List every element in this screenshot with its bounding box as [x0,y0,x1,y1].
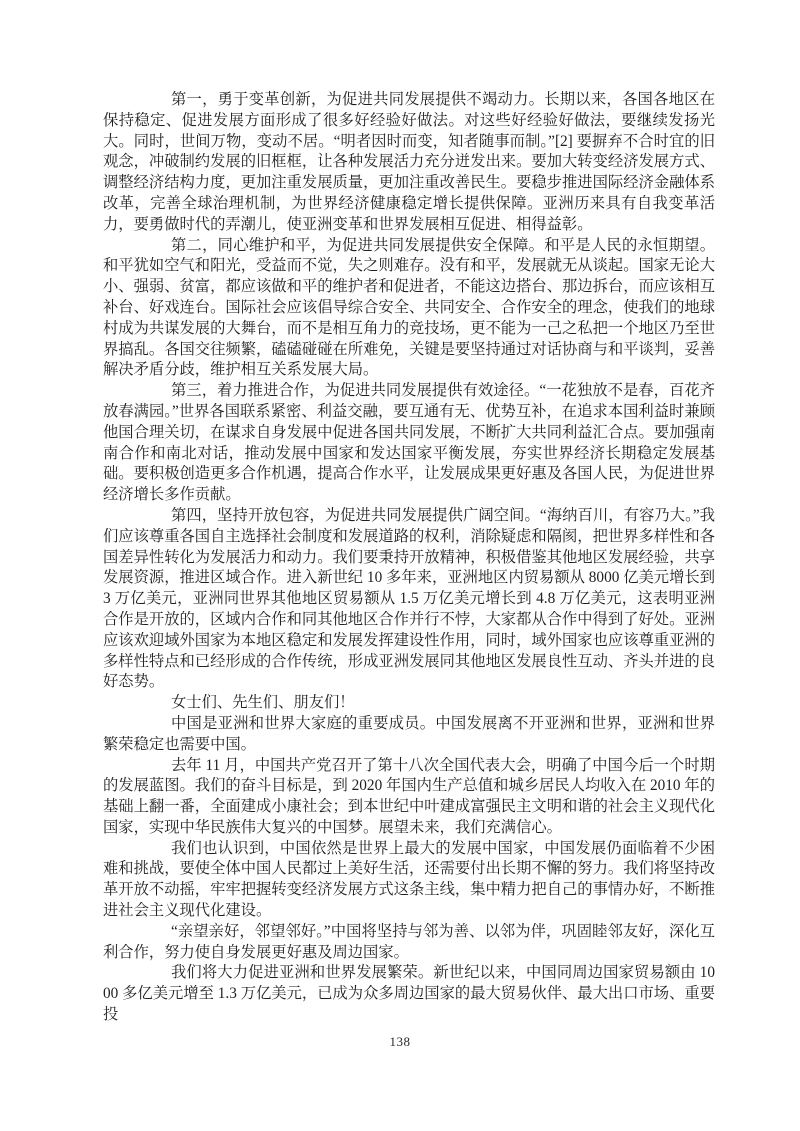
paragraph-18th-congress: 去年 11 月，中国共产党召开了第十八次全国代表大会，明确了中国今后一个时期的发… [103,756,715,839]
page-number: 138 [390,1034,411,1049]
paragraph-point-1: 第一，勇于变革创新，为促进共同发展提供不竭动力。长期以来，各国各地区在保持稳定、… [103,90,715,236]
paragraph-salutation: 女士们、先生们、朋友们！ [103,693,715,714]
paragraph-trade-growth: 我们将大力促进亚洲和世界发展繁荣。新世纪以来，中国同周边国家贸易额由 1000 … [103,963,715,1025]
paragraph-point-2: 第二，同心维护和平，为促进共同发展提供安全保障。和平是人民的永恒期望。和平犹如空… [103,236,715,382]
page-footer: 138 [0,1033,800,1051]
paragraph-point-4: 第四，坚持开放包容，为促进共同发展提供广阔空间。“海纳百川，有容乃大。”我们应该… [103,506,715,693]
paragraph-developing-country: 我们也认识到，中国依然是世界上最大的发展中国家，中国发展仍面临着不少困难和挑战，… [103,839,715,922]
document-body: 第一，勇于变革创新，为促进共同发展提供不竭动力。长期以来，各国各地区在保持稳定、… [103,90,715,1026]
paragraph-point-3: 第三，着力推进合作，为促进共同发展提供有效途径。“一花独放不是春，百花齐放春满园… [103,381,715,506]
document-page: 第一，勇于变革创新，为促进共同发展提供不竭动力。长期以来，各国各地区在保持稳定、… [0,0,800,1131]
paragraph-neighbors: “亲望亲好，邻望邻好。”中国将坚持与邻为善、以邻为伴，巩固睦邻友好，深化互利合作… [103,922,715,964]
paragraph-china-member: 中国是亚洲和世界大家庭的重要成员。中国发展离不开亚洲和世界，亚洲和世界繁荣稳定也… [103,714,715,756]
